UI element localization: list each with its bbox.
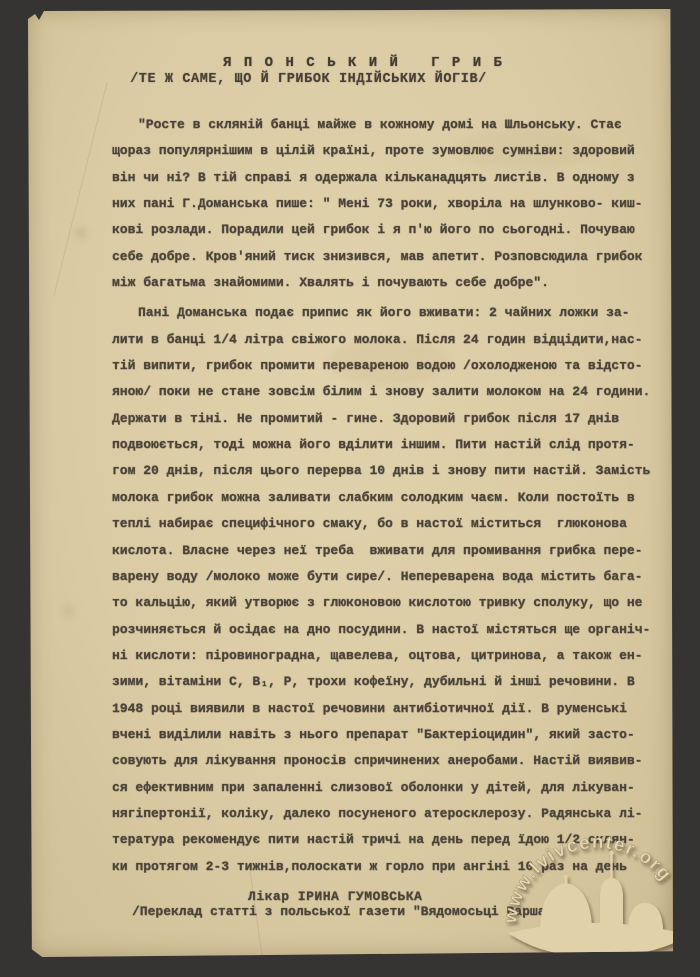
text-line: він чи ні? В тій справі я одержала кільк…: [112, 165, 668, 191]
paper-stain: [64, 607, 72, 615]
paragraph: "Росте в скляній банці майже в кожному д…: [112, 112, 668, 296]
text-line: щораз популярнішим в цілій країні, проте…: [112, 138, 668, 164]
text-line: ся ефективним при запаленні слизової обо…: [112, 775, 668, 801]
text-line: молока грибок можна заливати слабким сол…: [112, 485, 668, 511]
text-line: кові розлади. Порадили цей грибок і я п'…: [112, 217, 668, 243]
document-subtitle: /ТЕ Ж САМЕ, ЩО Й ГРИБОК ІНДІЙСЬКИХ ЙОГІВ…: [28, 72, 673, 87]
paragraph: Пані Доманська подає припис як його вжив…: [112, 300, 668, 880]
text-line: яною/ поки не стане зовсім білим і знову…: [112, 379, 668, 405]
text-line: подвоюється, тоді можна його вділити інш…: [112, 432, 668, 458]
text-line: лити в банці 1/4 літра свіжого молока. П…: [112, 327, 668, 353]
document-page: Я П О Н С Ь К И Й Г Р И Б /ТЕ Ж САМЕ, ЩО…: [28, 9, 673, 957]
text-line: зими, вітаміни С, В₁, Р, трохи кофеїну, …: [112, 669, 668, 695]
text-line: то кальцію, який утворює з глюконовою ки…: [112, 590, 668, 616]
photo-background: Я П О Н С Ь К И Й Г Р И Б /ТЕ Ж САМЕ, ЩО…: [0, 0, 700, 977]
text-line: між багатьма знайомими. Хвалять і почува…: [112, 270, 668, 296]
text-line: "Росте в скляній банці майже в кожному д…: [112, 112, 668, 138]
text-line: Держати в тіні. Не промитий - гине. Здор…: [112, 406, 668, 432]
text-line: гом 20 днів, після цього перерва 10 днів…: [112, 458, 668, 484]
text-line: совують для лікування проносів спричинен…: [112, 748, 668, 774]
paper-stain: [76, 229, 86, 237]
text-line: Пані Доманська подає припис як його вжив…: [112, 300, 668, 326]
text-line: розчиняється й осідає на дно посудини. В…: [112, 617, 668, 643]
document-title: Я П О Н С Ь К И Й Г Р И Б: [28, 55, 673, 71]
text-line: ні кислоти: піровиноградна, щавелева, оц…: [112, 643, 668, 669]
text-line: тій випити, грибок промити перевареною в…: [112, 353, 668, 379]
text-line: себе добре. Кров'яний тиск знизився, мав…: [112, 244, 668, 270]
text-line: теплі набирає специфічного смаку, бо в н…: [112, 511, 668, 537]
text-line: 1948 році виявили в настої речовини анти…: [112, 696, 668, 722]
text-line: варену воду /молоко може бути сире/. Неп…: [112, 564, 668, 590]
signature-line: Лікар ІРИНА ГУМОВСЬКА: [248, 889, 422, 904]
text-line: кислота. Власне через неї треба вживати …: [112, 538, 668, 564]
document-body: "Росте в скляній банці майже в кожному д…: [112, 112, 668, 880]
text-line: них пані Г.Доманська пише: " Мені 73 рок…: [112, 191, 668, 217]
paper-crease: [53, 82, 107, 296]
watermark: www.lvivcenter.org: [496, 817, 673, 957]
text-line: вчені виділили навіть з нього препарат "…: [112, 722, 668, 748]
